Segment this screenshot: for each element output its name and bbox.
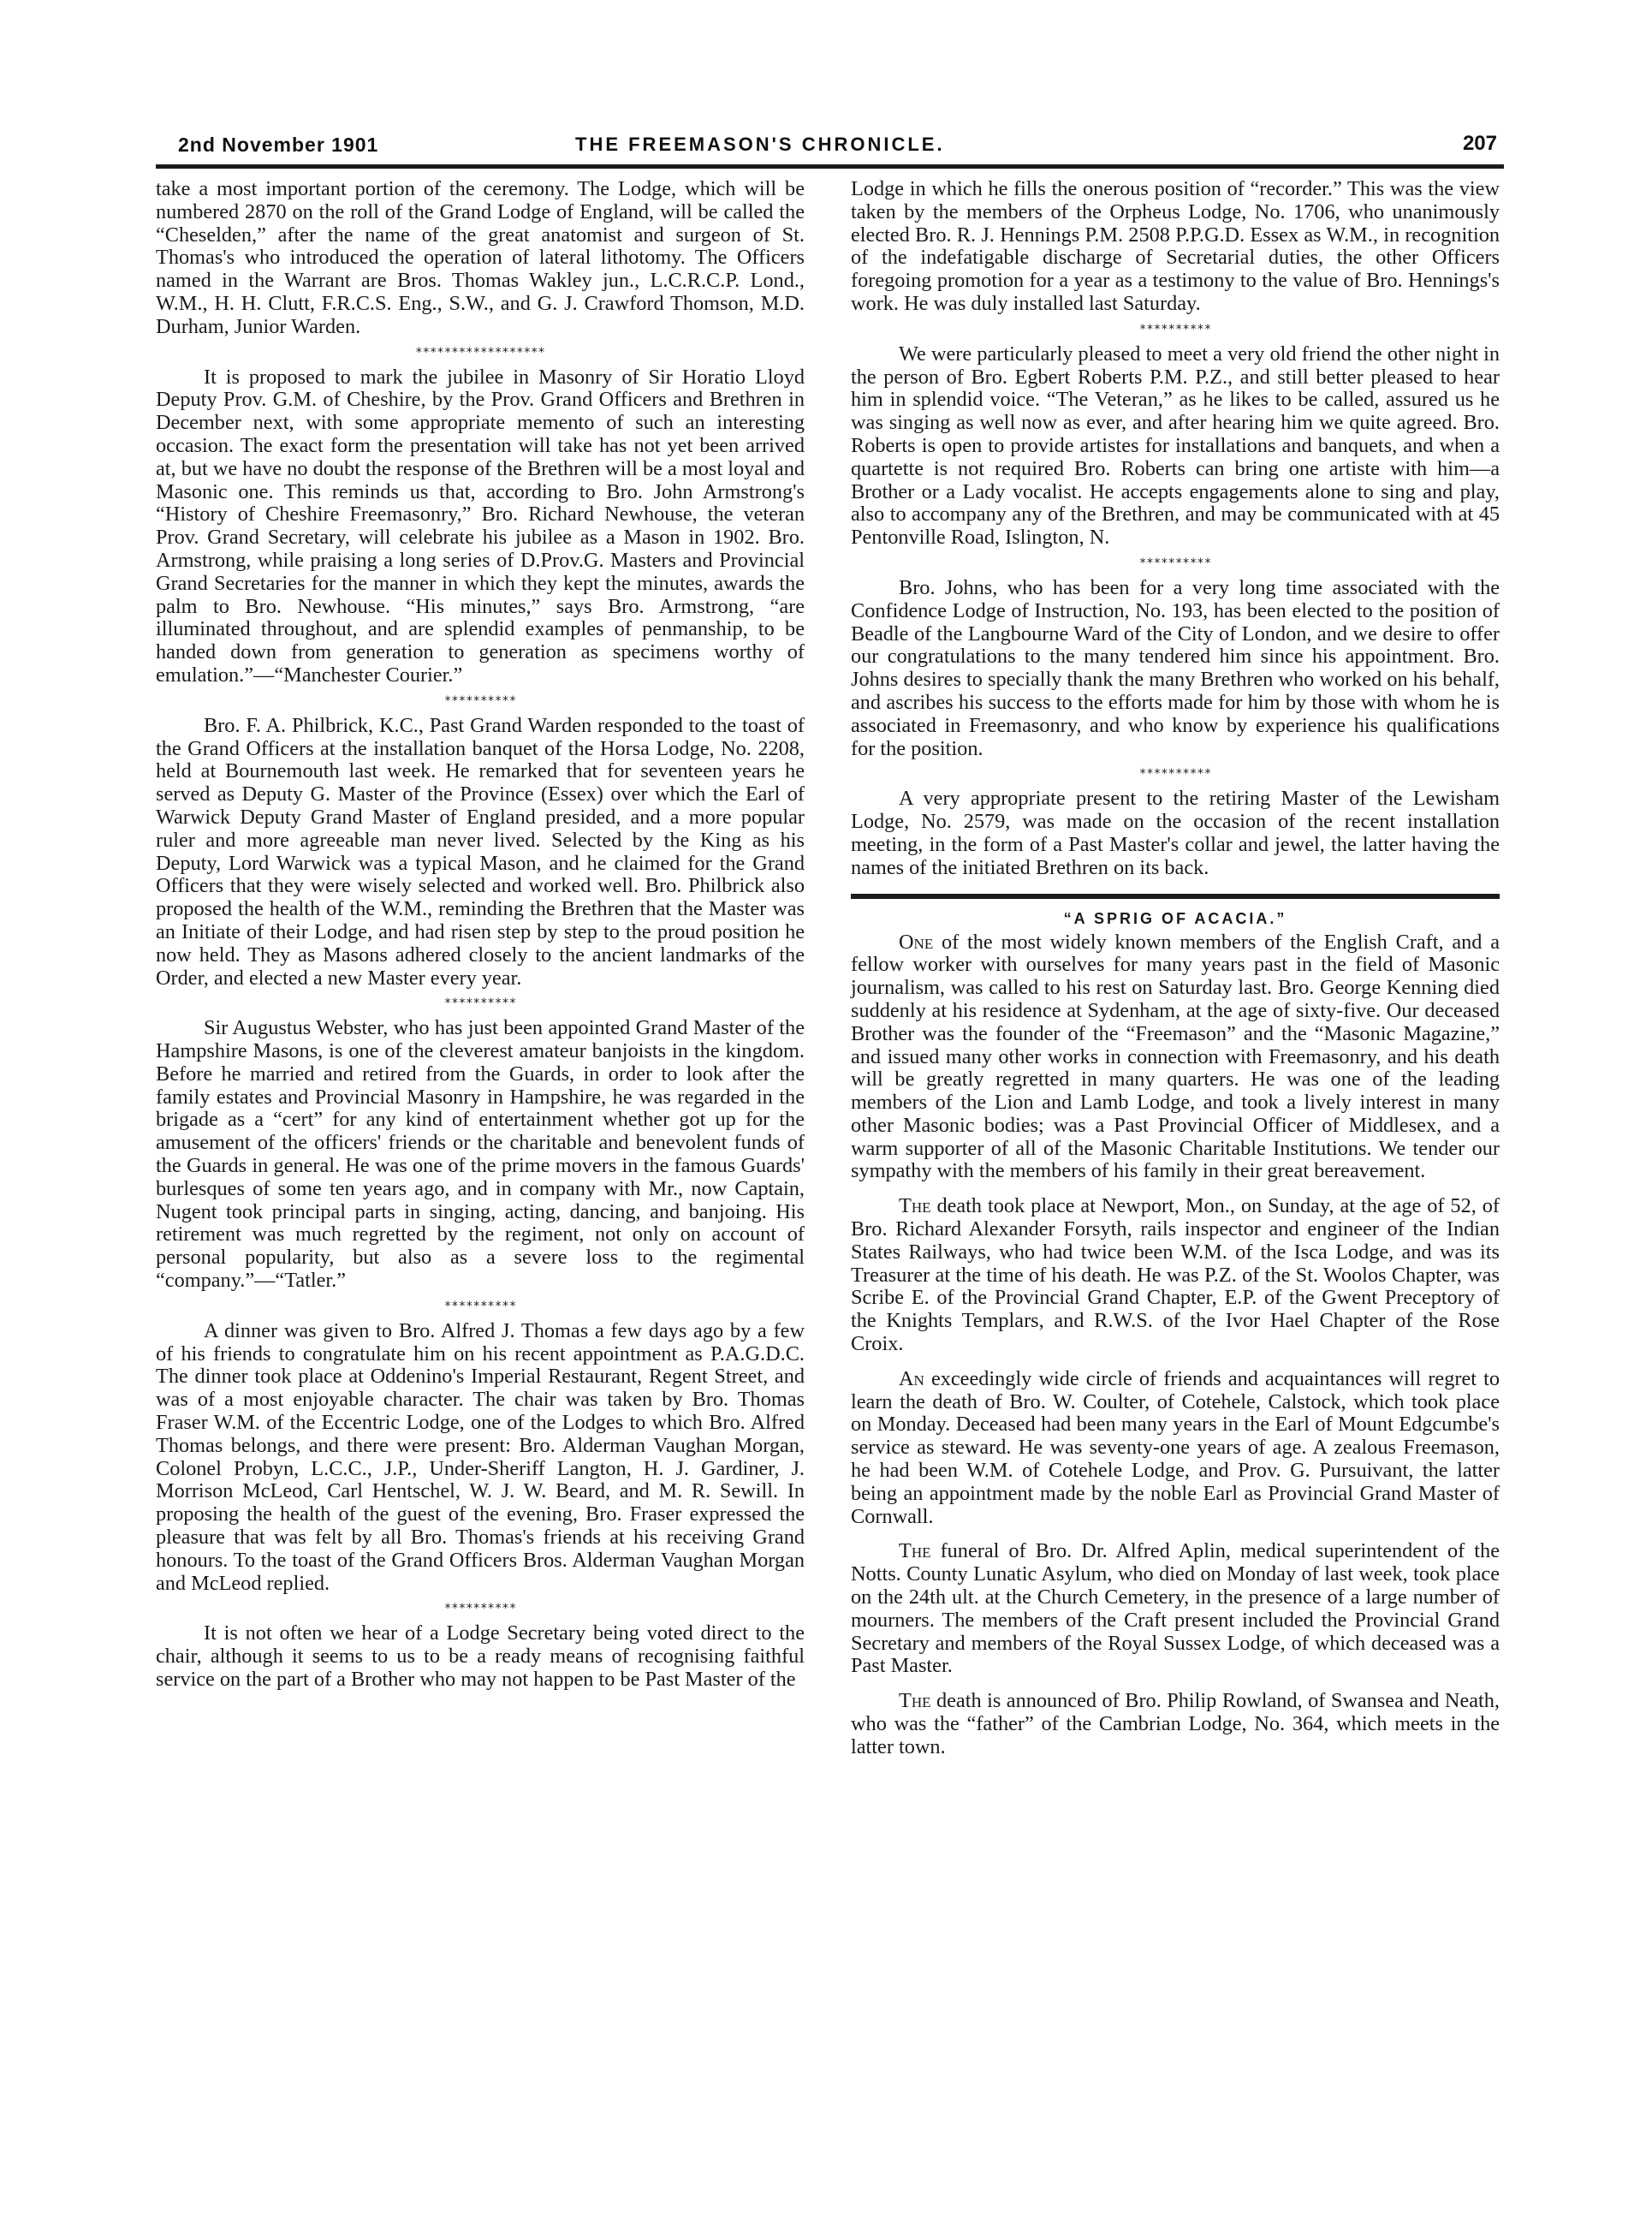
separator-stars: ********** xyxy=(156,1298,805,1315)
publication-title: THE FREEMASON'S CHRONICLE. xyxy=(575,134,945,156)
left-column: take a most important portion of the cer… xyxy=(156,178,805,1692)
paragraph-gap xyxy=(851,1528,1500,1540)
lead-word: The xyxy=(899,1689,931,1712)
obituary-richard-forsyth: The death took place at Newport, Mon., o… xyxy=(851,1195,1500,1356)
separator-stars: ****************** xyxy=(156,344,805,361)
section-rule xyxy=(851,894,1500,899)
paragraph-gap xyxy=(851,1183,1500,1195)
issue-date: 2nd November 1901 xyxy=(178,134,378,157)
page-number: 207 xyxy=(1463,132,1497,156)
article-continuation-cheselden: take a most important portion of the cer… xyxy=(156,178,805,339)
separator-stars: ********** xyxy=(156,995,805,1012)
separator-stars: ********** xyxy=(156,1600,805,1617)
separator-stars: ********** xyxy=(851,321,1500,338)
article-augustus-webster: Sir Augustus Webster, who has just been … xyxy=(156,1017,805,1293)
lead-word: An xyxy=(899,1367,924,1390)
article-philbrick-horsa-lodge: Bro. F. A. Philbrick, K.C., Past Grand W… xyxy=(156,715,805,991)
obituary-philip-rowland: The death is announced of Bro. Philip Ro… xyxy=(851,1690,1500,1758)
newspaper-page: 2nd November 1901 THE FREEMASON'S CHRONI… xyxy=(156,128,1504,164)
section-title-sprig-of-acacia: “A SPRIG OF ACACIA.” xyxy=(851,907,1500,930)
article-alfred-thomas-dinner: A dinner was given to Bro. Alfred J. Tho… xyxy=(156,1320,805,1596)
obituary-w-coulter: An exceedingly wide circle of friends an… xyxy=(851,1368,1500,1529)
masthead: 2nd November 1901 THE FREEMASON'S CHRONI… xyxy=(156,128,1504,164)
article-horatio-lloyd-jubilee: It is proposed to mark the jubilee in Ma… xyxy=(156,366,805,687)
obituary-text: exceedingly wide circle of friends and a… xyxy=(851,1367,1500,1528)
right-column: Lodge in which he fills the onerous posi… xyxy=(851,178,1500,1759)
obituary-alfred-aplin: The funeral of Bro. Dr. Alfred Aplin, me… xyxy=(851,1540,1500,1678)
article-bro-johns: Bro. Johns, who has been for a very long… xyxy=(851,577,1500,760)
obituary-text: funeral of Bro. Dr. Alfred Aplin, medica… xyxy=(851,1539,1500,1677)
obituary-text: of the most widely known members of the … xyxy=(851,931,1500,1183)
separator-stars: ********** xyxy=(851,555,1500,572)
obituary-george-kenning: One of the most widely known members of … xyxy=(851,931,1500,1184)
header-rule xyxy=(156,164,1504,169)
paragraph-gap xyxy=(851,1678,1500,1690)
article-lewisham-lodge: A very appropriate present to the retiri… xyxy=(851,788,1500,879)
lead-word: The xyxy=(899,1539,931,1562)
obituary-text: death took place at Newport, Mon., on Su… xyxy=(851,1194,1500,1355)
article-continuation-orpheus-lodge: Lodge in which he fills the onerous posi… xyxy=(851,178,1500,316)
paragraph-gap xyxy=(851,1356,1500,1368)
separator-stars: ********** xyxy=(851,765,1500,782)
article-lodge-secretary: It is not often we hear of a Lodge Secre… xyxy=(156,1622,805,1691)
obituary-text: death is announced of Bro. Philip Rowlan… xyxy=(851,1689,1500,1758)
separator-stars: ********** xyxy=(156,693,805,710)
lead-word: One xyxy=(899,931,933,954)
article-egbert-roberts: We were particularly pleased to meet a v… xyxy=(851,343,1500,550)
lead-word: The xyxy=(899,1194,931,1217)
